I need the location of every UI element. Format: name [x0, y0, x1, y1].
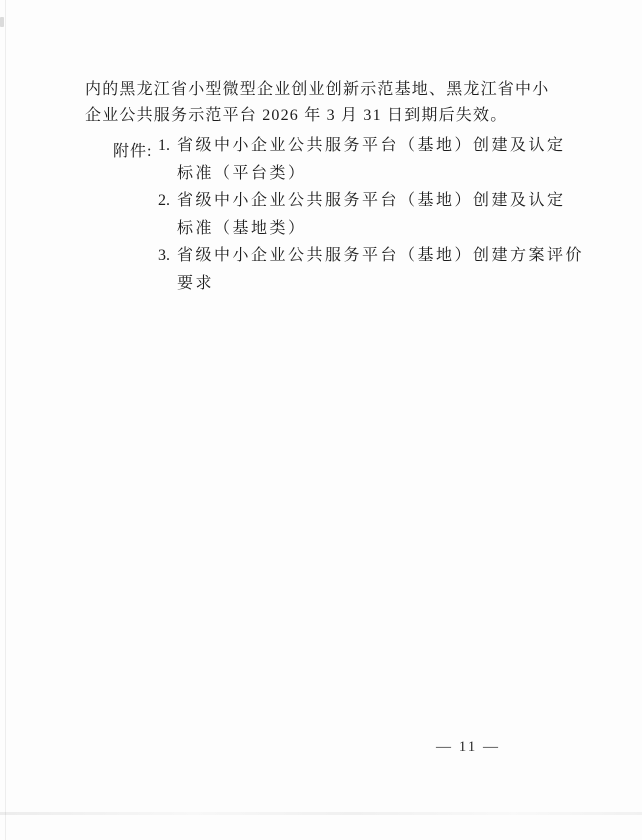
paragraph-line-2: 企业公共服务示范平台 2026 年 3 月 31 日到期后失效。	[85, 107, 507, 124]
attachment-2-line-2: 标准（基地类）	[177, 220, 307, 237]
attachment-item-1: 1. 省级中小企业公共服务平台（基地）创建及认定 标准（平台类）	[158, 132, 584, 187]
attachment-item-2: 2. 省级中小企业公共服务平台（基地）创建及认定 标准（基地类）	[158, 187, 584, 242]
scan-artifact-corner-mark	[0, 17, 4, 27]
attachments-label: 附件:	[113, 138, 152, 161]
attachment-3-line-1: 省级中小企业公共服务平台（基地）创建方案评价	[177, 247, 584, 264]
attachment-2-line-1: 省级中小企业公共服务平台（基地）创建及认定	[177, 192, 566, 209]
document-page: 内的黑龙江省小型微型企业创业创新示范基地、黑龙江省中小 企业公共服务示范平台 2…	[0, 0, 642, 840]
attachment-2-text: 省级中小企业公共服务平台（基地）创建及认定 标准（基地类）	[177, 187, 584, 242]
attachments-list: 1. 省级中小企业公共服务平台（基地）创建及认定 标准（平台类） 2. 省级中小…	[158, 132, 584, 297]
attachment-item-3: 3. 省级中小企业公共服务平台（基地）创建方案评价 要求	[158, 242, 584, 297]
attachment-1-line-2: 标准（平台类）	[177, 165, 307, 182]
attachment-3-text: 省级中小企业公共服务平台（基地）创建方案评价 要求	[177, 242, 584, 297]
paragraph-line-1: 内的黑龙江省小型微型企业创业创新示范基地、黑龙江省中小	[85, 81, 549, 98]
attachment-3-number: 3.	[158, 242, 177, 270]
attachment-1-line-1: 省级中小企业公共服务平台（基地）创建及认定	[177, 137, 566, 154]
attachment-2-number: 2.	[158, 187, 177, 215]
attachment-3-line-2: 要求	[177, 275, 214, 292]
attachment-1-number: 1.	[158, 132, 177, 160]
page-number: — 11 —	[436, 739, 500, 756]
body-paragraph: 内的黑龙江省小型微型企业创业创新示范基地、黑龙江省中小 企业公共服务示范平台 2…	[85, 77, 575, 129]
attachment-1-text: 省级中小企业公共服务平台（基地）创建及认定 标准（平台类）	[177, 132, 584, 187]
scan-artifact-left-edge	[5, 0, 6, 840]
scan-artifact-bottom-smudge	[0, 812, 642, 815]
